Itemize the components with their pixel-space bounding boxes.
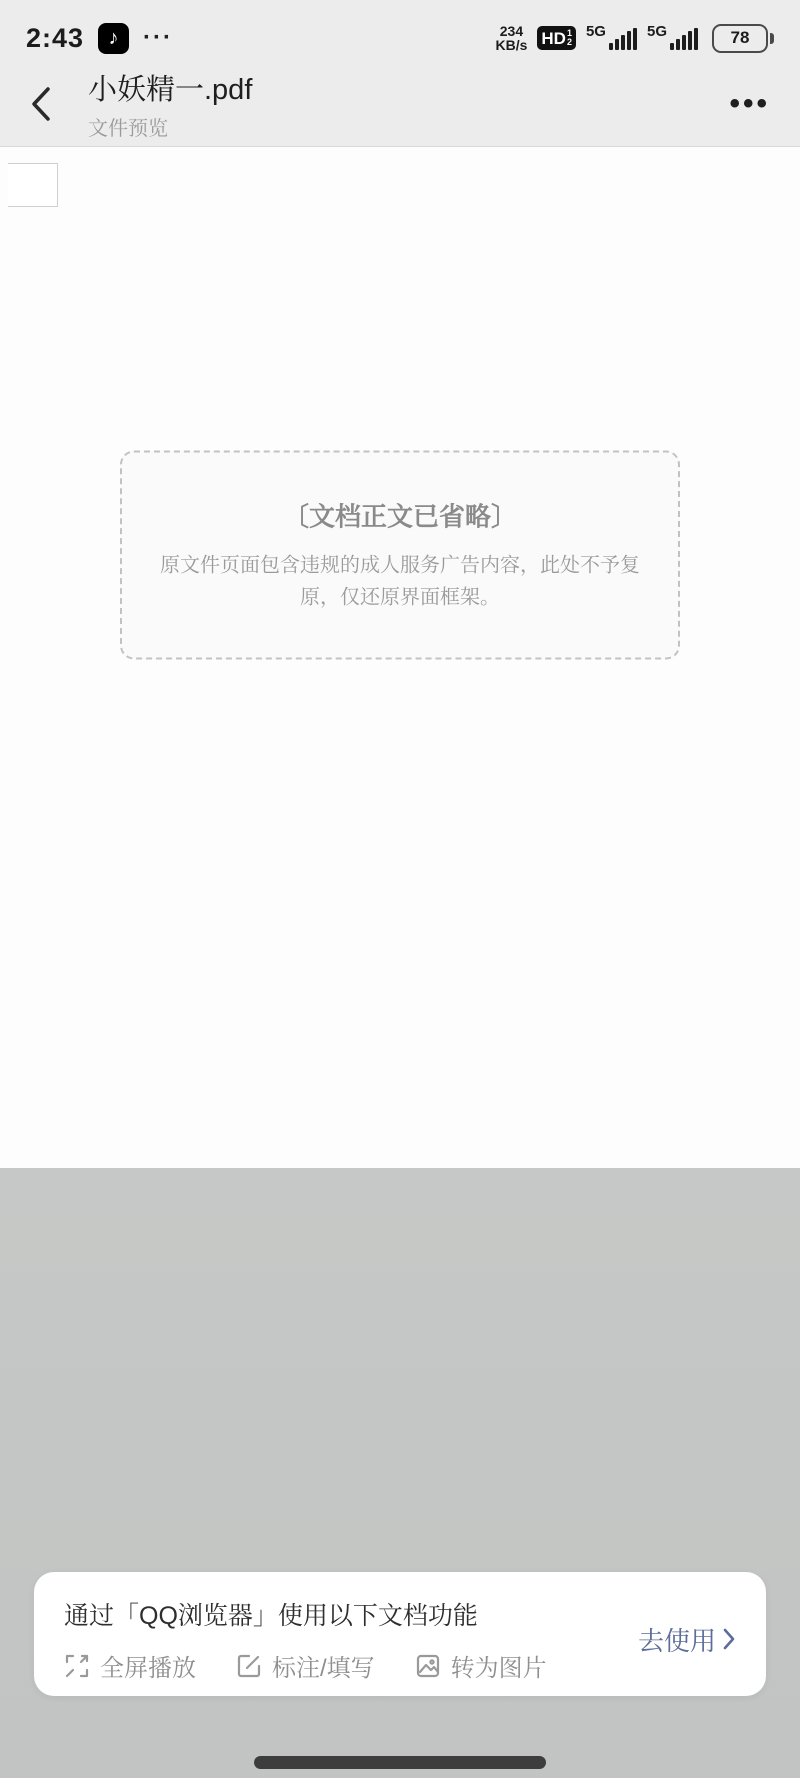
promo-title: 通过「QQ浏览器」使用以下文档功能 <box>64 1596 547 1632</box>
phone-screen: 2:43 ♪ ··· 234 KB/s HD 1 2 5G 5G <box>0 0 800 1778</box>
douyin-notification-icon: ♪ <box>98 23 129 54</box>
network-speed: 234 KB/s <box>495 24 527 52</box>
fullscreen-icon <box>64 1653 90 1679</box>
battery-icon: 78 <box>712 24 774 53</box>
chevron-right-icon <box>722 1627 736 1651</box>
home-indicator[interactable] <box>254 1756 546 1769</box>
signal-bars-icon <box>670 28 698 50</box>
convert-to-image-button[interactable]: 转为图片 <box>415 1648 547 1683</box>
file-subtitle: 文件预览 <box>88 112 729 141</box>
omitted-content-notice: 〔文档正文已省略〕 原文件页面包含违规的成人服务广告内容，此处不予复原，仅还原界… <box>120 451 680 660</box>
file-preview-header: 小妖精一.pdf 文件预览 ••• <box>0 62 800 146</box>
sim1-signal: 5G <box>586 26 637 50</box>
status-bar: 2:43 ♪ ··· 234 KB/s HD 1 2 5G 5G <box>0 0 800 62</box>
action-label: 标注/填写 <box>272 1648 375 1683</box>
go-use-label: 去使用 <box>638 1621 716 1658</box>
go-use-link[interactable]: 去使用 <box>638 1621 736 1672</box>
back-button[interactable] <box>30 84 70 124</box>
chevron-left-icon <box>30 86 52 122</box>
signal-bars-icon <box>609 28 637 50</box>
page-corner-thumbnail <box>8 163 58 207</box>
fullscreen-play-button[interactable]: 全屏播放 <box>64 1648 196 1683</box>
qq-browser-promo-sheet: 通过「QQ浏览器」使用以下文档功能 全屏播放 <box>34 1572 766 1696</box>
file-title: 小妖精一.pdf <box>88 67 729 108</box>
action-label: 转为图片 <box>451 1648 547 1683</box>
pdf-page[interactable]: 〔文档正文已省略〕 原文件页面包含违规的成人服务广告内容，此处不予复原，仅还原界… <box>0 146 800 1168</box>
hd-volte-icon: HD 1 2 <box>537 26 576 50</box>
edit-pen-icon <box>236 1653 262 1679</box>
image-icon <box>415 1653 441 1679</box>
sim2-signal: 5G <box>647 26 698 50</box>
more-options-button[interactable]: ••• <box>729 87 770 121</box>
action-label: 全屏播放 <box>100 1648 196 1683</box>
clock: 2:43 <box>26 23 84 54</box>
status-ellipsis-icon: ··· <box>143 24 173 52</box>
annotate-fill-button[interactable]: 标注/填写 <box>236 1648 375 1683</box>
